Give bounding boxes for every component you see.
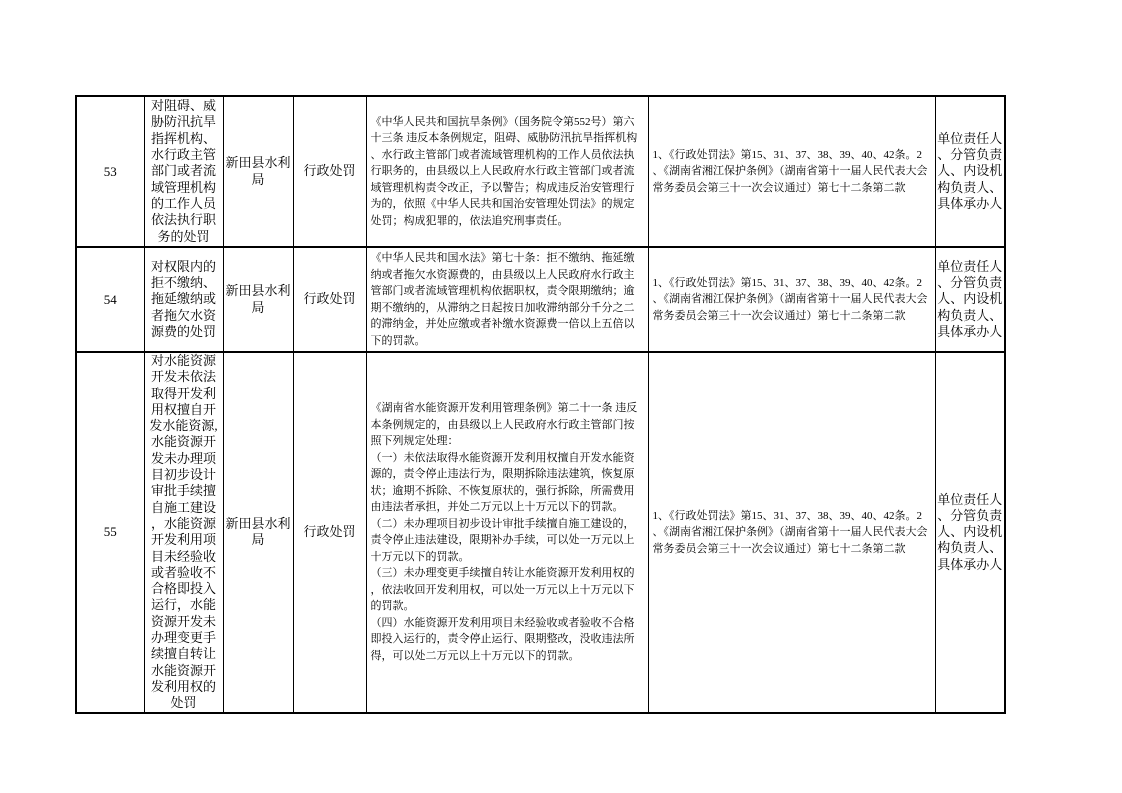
agency-cell: 新田县水利局 — [223, 247, 293, 352]
agency-cell: 新田县水利局 — [223, 352, 293, 713]
table-row: 55 对水能资源开发未依法取得开发利用权擅自开发水能资源,水能资源开发未办理项目… — [76, 352, 1005, 713]
related-laws-cell: 1、《行政处罚法》第15、31、37、38、39、40、42条。2、《湖南省湘江… — [648, 247, 935, 352]
penalty-category-cell: 行政处罚 — [293, 352, 366, 713]
responsibility-cell: 单位责任人、分管负责人、内设机构负责人、具体承办人 — [935, 247, 1005, 352]
related-laws-cell: 1、《行政处罚法》第15、31、37、38、39、40、42条。2、《湖南省湘江… — [648, 352, 935, 713]
responsibility-cell: 单位责任人、分管负责人、内设机构负责人、具体承办人 — [935, 352, 1005, 713]
penalty-item-cell: 对权限内的拒不缴纳、拖延缴纳或者拖欠水资源费的处罚 — [144, 247, 223, 352]
responsibility-cell: 单位责任人、分管负责人、内设机构负责人、具体承办人 — [935, 96, 1005, 247]
related-laws-cell: 1、《行政处罚法》第15、31、37、38、39、40、42条。2、《湖南省湘江… — [648, 96, 935, 247]
legal-basis-cell: 《湖南省水能资源开发利用管理条例》第二十一条 违反本条例规定的，由县级以上人民政… — [366, 352, 648, 713]
row-number-cell: 53 — [76, 96, 144, 247]
penalty-table: 53 对阻碍、威胁防汛抗旱指挥机构、水行政主管部门或者流域管理机构的工作人员依法… — [75, 95, 1006, 714]
legal-basis-cell: 《中华人民共和国抗旱条例》（国务院令第552号）第六十三条 违反本条例规定，阻碍… — [366, 96, 648, 247]
penalty-category-cell: 行政处罚 — [293, 247, 366, 352]
agency-cell: 新田县水利局 — [223, 96, 293, 247]
penalty-category-cell: 行政处罚 — [293, 96, 366, 247]
row-number-cell: 55 — [76, 352, 144, 713]
legal-basis-cell: 《中华人民共和国水法》第七十条：拒不缴纳、拖延缴纳或者拖欠水资源费的，由县级以上… — [366, 247, 648, 352]
penalty-item-cell: 对水能资源开发未依法取得开发利用权擅自开发水能资源,水能资源开发未办理项目初步设… — [144, 352, 223, 713]
penalty-item-cell: 对阻碍、威胁防汛抗旱指挥机构、水行政主管部门或者流域管理机构的工作人员依法执行职… — [144, 96, 223, 247]
table-row: 53 对阻碍、威胁防汛抗旱指挥机构、水行政主管部门或者流域管理机构的工作人员依法… — [76, 96, 1005, 247]
table-row: 54 对权限内的拒不缴纳、拖延缴纳或者拖欠水资源费的处罚 新田县水利局 行政处罚… — [76, 247, 1005, 352]
row-number-cell: 54 — [76, 247, 144, 352]
